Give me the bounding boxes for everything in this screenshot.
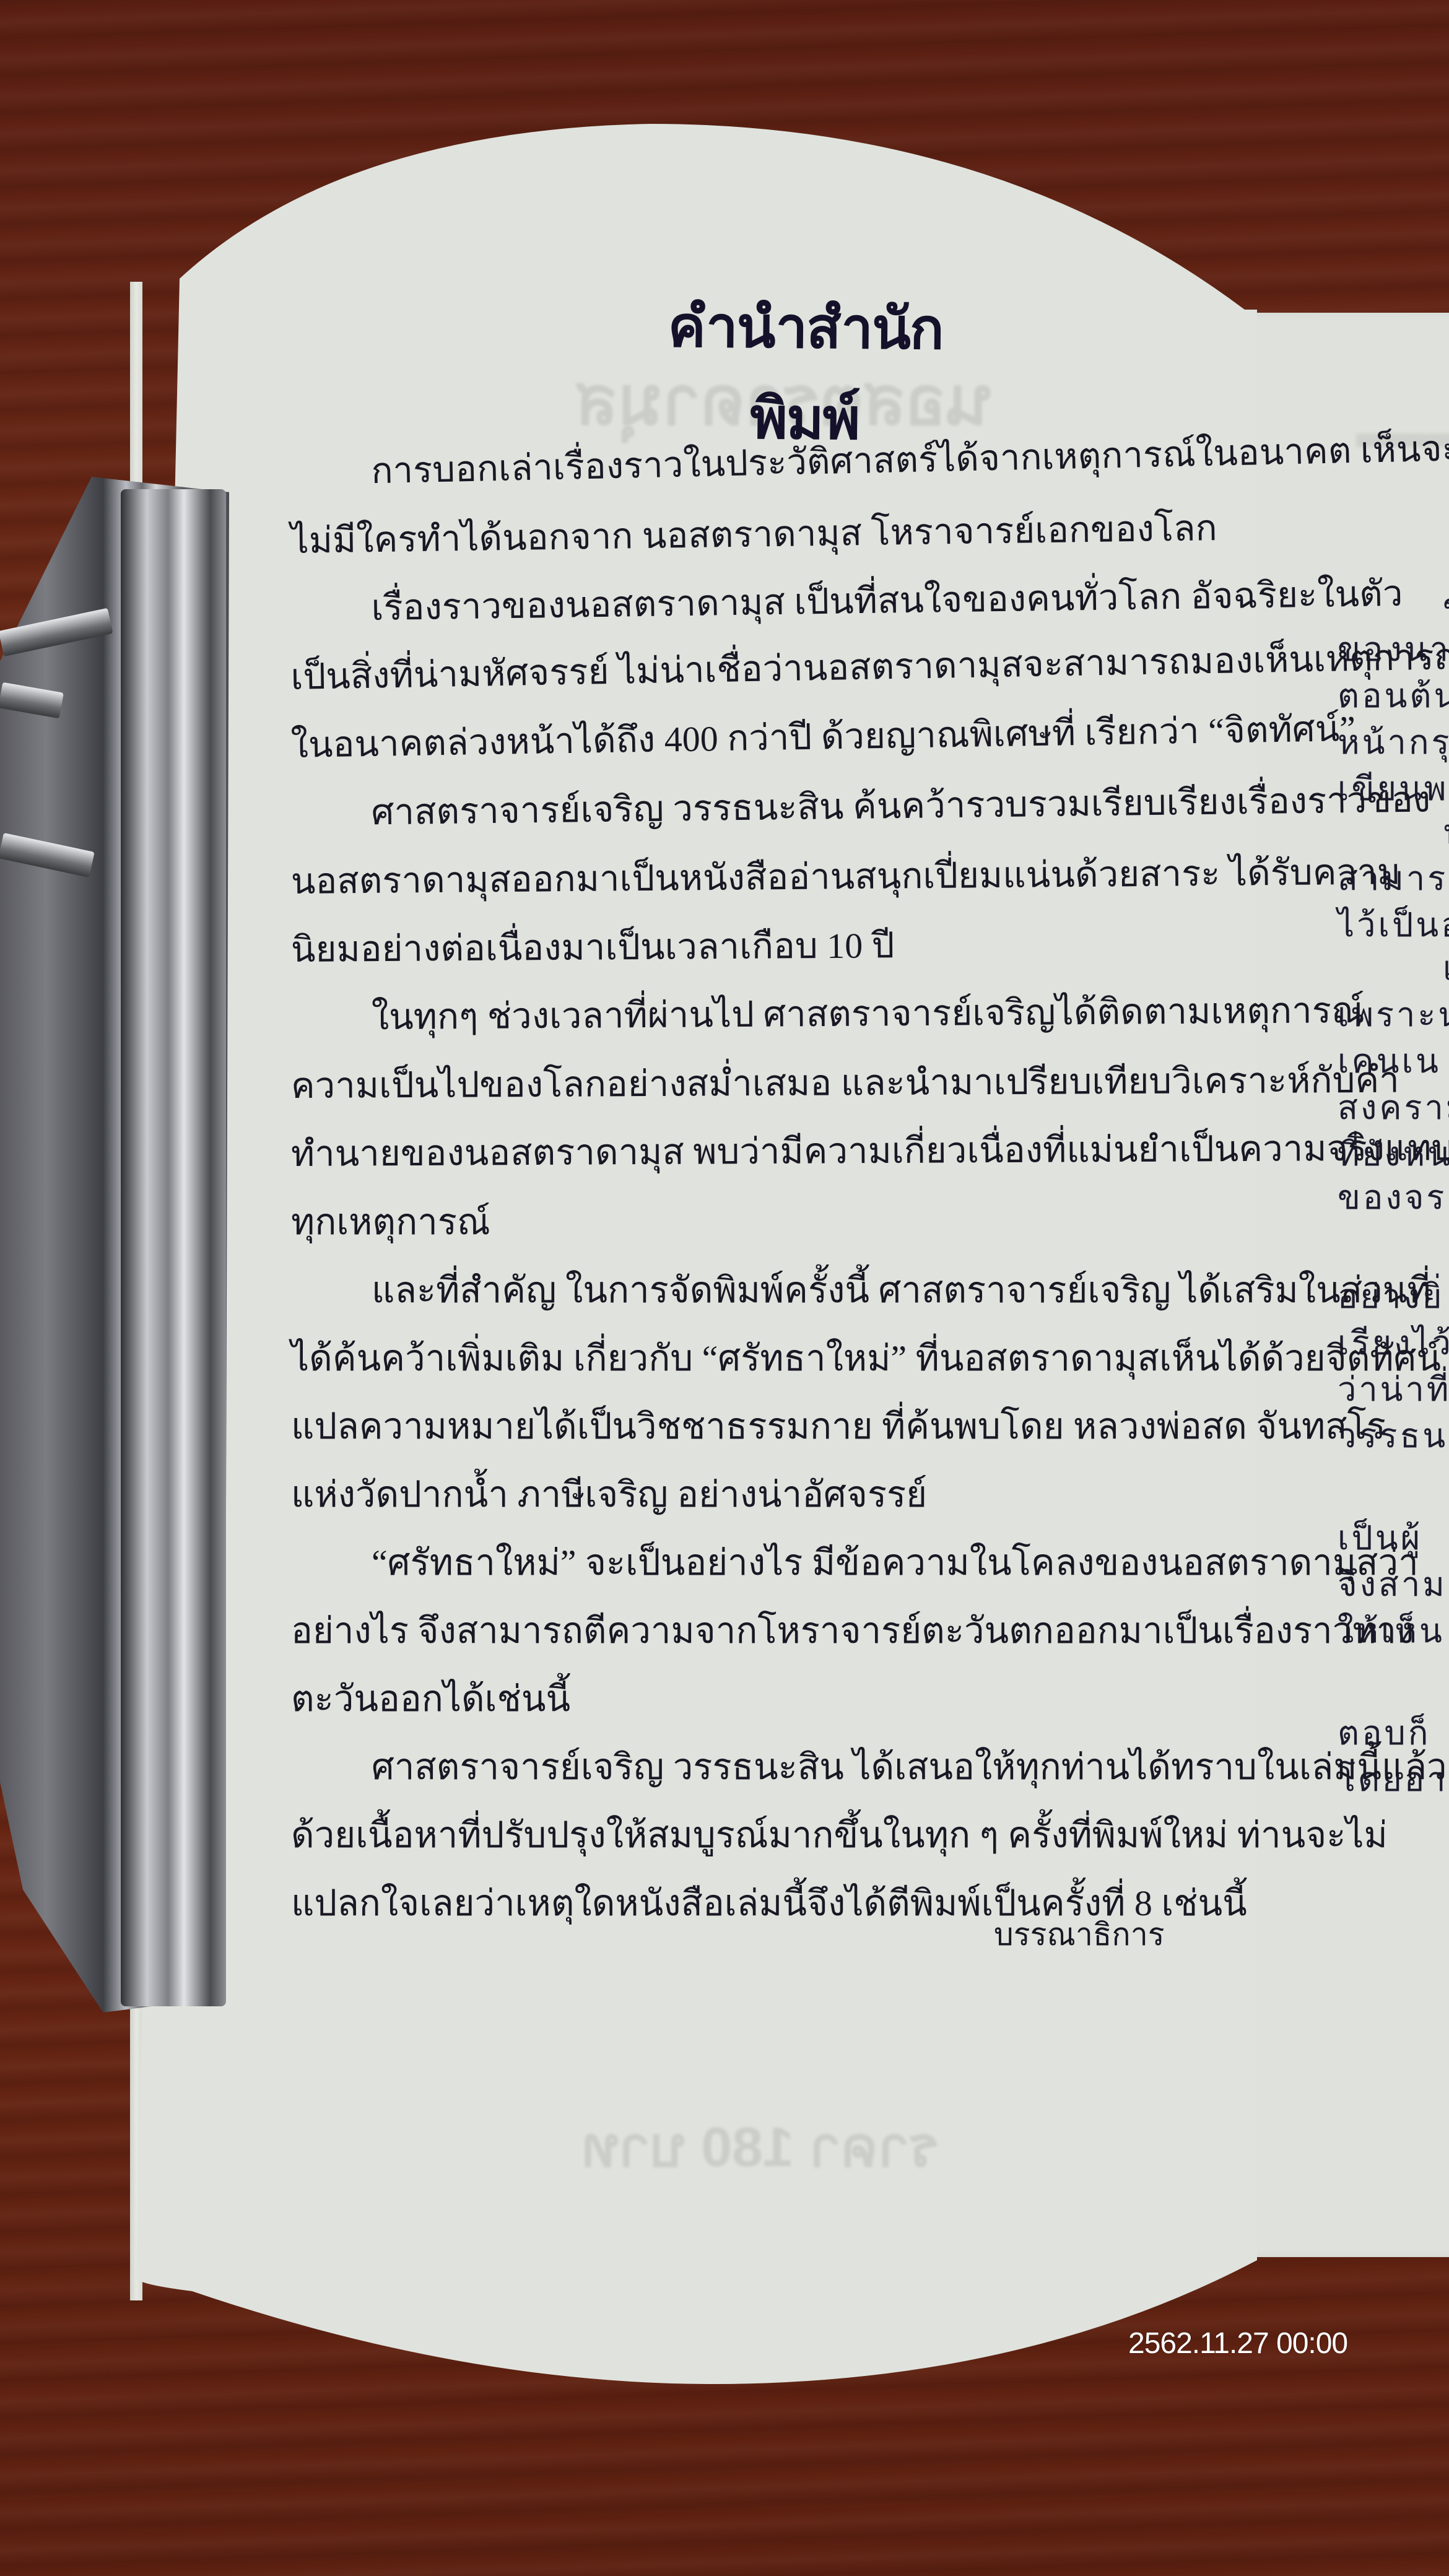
right-page-line: เ — [1443, 941, 1449, 994]
text-line: ด้วยเนื้อหาที่ปรับปรุงให้สมบูรณ์มากขึ้นใ… — [291, 1817, 1257, 1886]
page-title: คำนำสำนักพิมพ์ — [612, 280, 998, 465]
text-line: ทุกเหตุการณ์ — [291, 1204, 1257, 1273]
text-line: แปลความหมายได้เป็นวิชชาธรรมกาย ที่ค้นพบโ… — [291, 1409, 1257, 1477]
photo-timestamp: 2562.11.27 00:00 — [1128, 2326, 1347, 2361]
editor-signature: บรรณาธิการ — [994, 1910, 1165, 1959]
text-line: แห่งวัดปากน้ำ ภาษีเจริญ อย่างน่าอัศจรรย์ — [291, 1477, 1257, 1545]
text-line: และที่สำคัญ ในการจัดพิมพ์ครั้งนี้ ศาสตรา… — [291, 1273, 1257, 1341]
preface-body: การบอกเล่าเรื่องราวในประวัติศาสตร์ได้จาก… — [291, 455, 1257, 1954]
text-line: ความเป็นไปของโลกอย่างสม่ำเสมอ และนำมาเปร… — [291, 1063, 1258, 1136]
text-line: ตะวันออกได้เช่นนี้ — [291, 1681, 1257, 1749]
metal-clip-rail — [121, 489, 226, 2006]
text-line: อย่างไร จึงสามารถตีความจากโหราจารย์ตะวัน… — [291, 1613, 1257, 1681]
right-page-line: ไว้เป็นอ — [1338, 898, 1449, 951]
text-line: ในทุกๆ ช่วงเวลาที่ผ่านไป ศาสตราจารย์เจริ… — [291, 993, 1258, 1068]
text-line: ทำนายของนอสตราดามุส พบว่ามีความเกี่ยวเนื… — [291, 1131, 1258, 1204]
text-line: ศาสตราจารย์เจริญ วรรธนะสิน ค้นคว้ารวบรวม… — [290, 784, 1257, 864]
text-line: นอสตราดามุสออกมาเป็นหนังสืออ่านสนุกเปี่ย… — [291, 855, 1258, 932]
text-line: นิยมอย่างต่อเนื่องมาเป็นเวลาเกือบ 10 ปี — [291, 925, 1258, 1000]
right-page-line: ของจร — [1338, 1170, 1447, 1224]
text-line: ได้ค้นคว้าเพิ่มเติม เกี่ยวกับ “ศรัทธาใหม… — [291, 1341, 1257, 1409]
bleed-through-price: ราคา 180 บาท — [582, 2102, 939, 2191]
text-line: “ศรัทธาใหม่” จะเป็นอย่างไร มีข้อความในโค… — [291, 1545, 1257, 1613]
text-line: ศาสตราจารย์เจริญ วรรธนะสิน ได้เสนอให้ทุก… — [291, 1749, 1257, 1817]
right-page-line: น — [1443, 805, 1449, 858]
